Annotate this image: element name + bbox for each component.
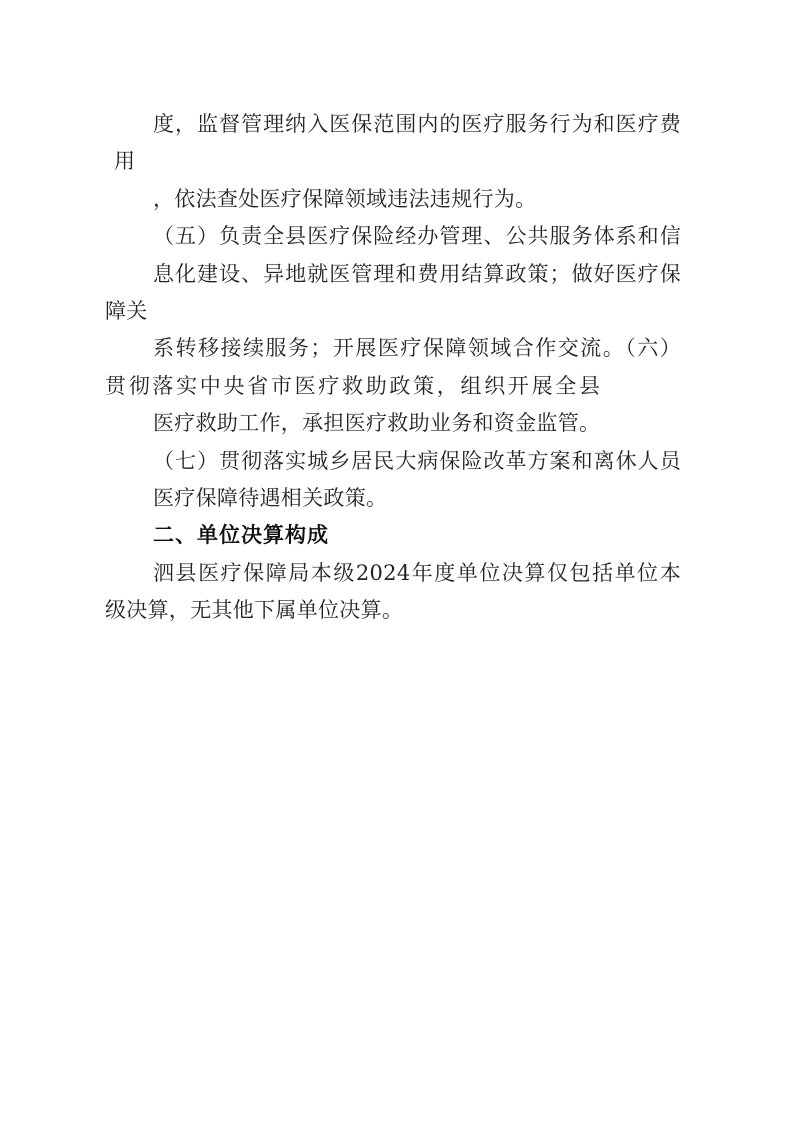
text-line: 级决算，无其他下属单位决算。 <box>105 592 681 629</box>
text-line: 用 <box>105 143 681 180</box>
text-line: 系转移接续服务；开展医疗保障领域合作交流。（六） <box>105 330 681 367</box>
text-line: 息化建设、异地就医管理和费用结算政策；做好医疗保 <box>105 256 681 293</box>
text-line: 障关 <box>105 293 681 330</box>
text-line: 泗县医疗保障局本级2024年度单位决算仅包括单位本 <box>105 555 681 592</box>
text-line: ，依法查处医疗保障领域违法违规行为。 <box>105 181 681 218</box>
text-line: 医疗保障待遇相关政策。 <box>105 480 681 517</box>
section-heading: 二、单位决算构成 <box>105 517 681 554</box>
text-line: 贯彻落实中央省市医疗救助政策，组织开展全县 <box>105 368 681 405</box>
document-page: 度，监督管理纳入医保范围内的医疗服务行为和医疗费用，依法查处医疗保障领域违法违规… <box>0 0 793 1122</box>
text-line: 医疗救助工作，承担医疗救助业务和资金监管。 <box>105 405 681 442</box>
text-line: （七）贯彻落实城乡居民大病保险改革方案和离休人员 <box>105 443 681 480</box>
text-line: 度，监督管理纳入医保范围内的医疗服务行为和医疗费 <box>105 106 681 143</box>
text-block: 度，监督管理纳入医保范围内的医疗服务行为和医疗费用，依法查处医疗保障领域违法违规… <box>105 106 681 630</box>
text-line: （五）负责全县医疗保险经办管理、公共服务体系和信 <box>105 218 681 255</box>
